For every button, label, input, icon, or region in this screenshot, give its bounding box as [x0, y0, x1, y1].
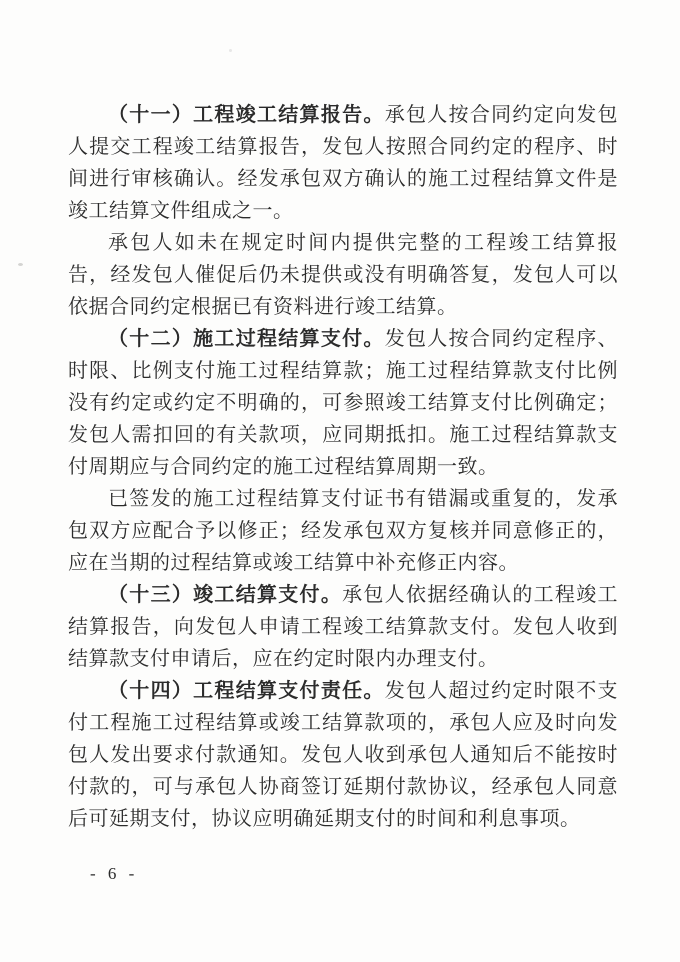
- clause-paragraph-11: （十一）工程竣工结算报告。承包人按合同约定向发包人提交工程竣工结算报告，发包人按…: [68, 99, 618, 227]
- document-body: （十一）工程竣工结算报告。承包人按合同约定向发包人提交工程竣工结算报告，发包人按…: [68, 99, 618, 835]
- clause-paragraph-11-cont: 承包人如未在规定时间内提供完整的工程竣工结算报告，经发包人催促后仍未提供或没有明…: [68, 227, 618, 323]
- clause-12-text: 发包人按合同约定程序、时限、比例支付施工过程结算款；施工过程结算款支付比例没有约…: [68, 328, 618, 478]
- scan-artifact-speck: [18, 263, 23, 266]
- scan-artifact-speck: [229, 49, 232, 52]
- clause-11-cont-text: 承包人如未在规定时间内提供完整的工程竣工结算报告，经发包人催促后仍未提供或没有明…: [68, 232, 618, 318]
- clause-14-lead: （十四）工程结算支付责任。: [108, 680, 385, 702]
- document-page: （十一）工程竣工结算报告。承包人按合同约定向发包人提交工程竣工结算报告，发包人按…: [0, 0, 680, 962]
- clause-paragraph-14: （十四）工程结算支付责任。发包人超过约定时限不支付工程施工过程结算或竣工结算款项…: [68, 675, 618, 835]
- page-number: - 6 -: [90, 864, 135, 884]
- clause-14-text: 发包人超过约定时限不支付工程施工过程结算或竣工结算款项的，承包人应及时向发包人发…: [68, 680, 618, 830]
- clause-11-lead: （十一）工程竣工结算报告。: [108, 104, 385, 126]
- clause-13-lead: （十三）竣工结算支付。: [108, 584, 342, 606]
- clause-12-lead: （十二）施工过程结算支付。: [108, 328, 385, 350]
- clause-paragraph-12: （十二）施工过程结算支付。发包人按合同约定程序、时限、比例支付施工过程结算款；施…: [68, 323, 618, 483]
- clause-paragraph-13: （十三）竣工结算支付。承包人依据经确认的工程竣工结算报告，向发包人申请工程竣工结…: [68, 579, 618, 675]
- clause-12-cont-text: 已签发的施工过程结算支付证书有错漏或重复的，发承包双方应配合予以修正；经发承包双…: [68, 488, 618, 574]
- clause-paragraph-12-cont: 已签发的施工过程结算支付证书有错漏或重复的，发承包双方应配合予以修正；经发承包双…: [68, 483, 618, 579]
